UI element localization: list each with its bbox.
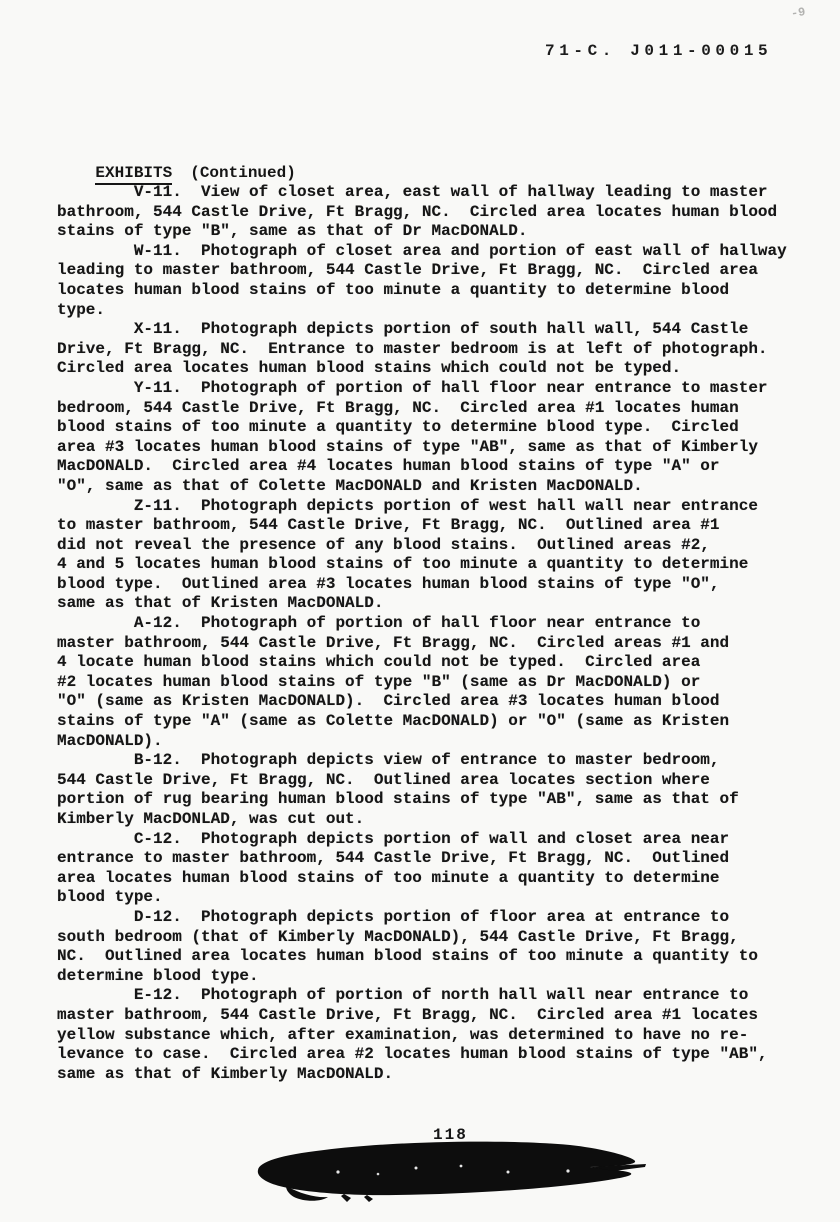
section-heading-continued: (Continued): [190, 164, 296, 182]
corner-pen-mark: -9: [790, 5, 806, 21]
exhibit-paragraph-Z-11: Z-11. Photograph depicts portion of west…: [57, 497, 819, 615]
exhibit-paragraph-B-12: B-12. Photograph depicts view of entranc…: [57, 751, 819, 829]
exhibit-paragraph-E-12: E-12. Photograph of portion of north hal…: [57, 986, 819, 1084]
exhibit-paragraph-V-11: V-11. View of closet area, east wall of …: [57, 183, 819, 242]
section-heading: EXHIBITS: [95, 164, 172, 185]
exhibits-list: V-11. View of closet area, east wall of …: [57, 183, 819, 1084]
scanned-document-page: -9 71-C. J011-00015 EXHIBITS(Continued) …: [0, 0, 840, 1222]
exhibit-paragraph-C-12: C-12. Photograph depicts portion of wall…: [57, 830, 819, 908]
exhibit-paragraph-D-12: D-12. Photograph depicts portion of floo…: [57, 908, 819, 986]
redaction-marker-scribble: [246, 1134, 648, 1206]
exhibit-paragraph-A-12: A-12. Photograph of portion of hall floo…: [57, 614, 819, 751]
exhibit-paragraph-X-11: X-11. Photograph depicts portion of sout…: [57, 320, 819, 379]
exhibit-paragraph-Y-11: Y-11. Photograph of portion of hall floo…: [57, 379, 819, 497]
exhibit-paragraph-W-11: W-11. Photograph of closet area and port…: [57, 242, 819, 320]
case-number: 71-C. J011-00015: [545, 42, 772, 60]
